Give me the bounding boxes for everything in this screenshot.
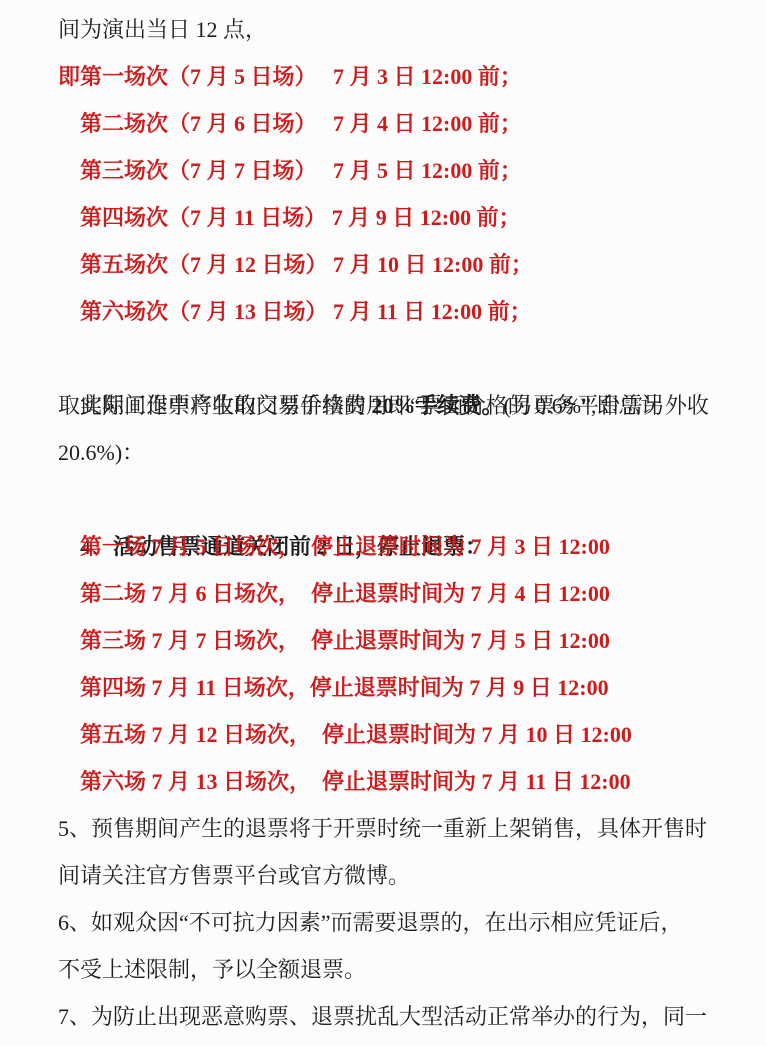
stop-refund-line-4: 第四场 7 月 11 日场次，停止退票时间为 7 月 9 日 12:00 [58,664,724,711]
stop-refund-line-3: 第三场 7 月 7 日场次， 停止退票时间为 7 月 5 日 12:00 [58,617,724,664]
refund-deadline-line-5: 第五场次（7 月 12 日场） 7 月 10 日 12:00 前； [58,241,724,288]
fee-paragraph-line-3: 20.6%)： [58,429,724,476]
stop-refund-line-2: 第二场 7 月 6 日场次， 停止退票时间为 7 月 4 日 12:00 [58,570,724,617]
fee-paragraph-line-2: 取实际工作中产生的交易手续费用即“票面价格的 0.6%”,即总计 [58,382,724,429]
intro-line: 间为演出当日 12 点， [58,6,724,53]
section4-heading: 4、活动售票通道关闭前 2 日，停止退票： [58,476,724,523]
refund-deadline-line-4: 第四场次（7 月 11 日场） 7 月 9 日 12:00 前； [58,194,724,241]
refund-deadline-line-2: 第二场次（7 月 6 日场） 7 月 4 日 12:00 前； [58,100,724,147]
refund-deadline-line-1: 即第一场次（7 月 5 日场） 7 月 3 日 12:00 前； [58,53,724,100]
stop-refund-line-5: 第五场 7 月 12 日场次， 停止退票时间为 7 月 10 日 12:00 [58,711,724,758]
item5-line-2: 间请关注官方售票平台或官方微博。 [58,852,724,899]
refund-deadline-line-6: 第六场次（7 月 13 日场） 7 月 11 日 12:00 前； [58,288,724,335]
fee-paragraph-line-1: 此期间退票将收取门票价格的 20%手续费。(另票务平台需另外收 [58,335,724,382]
item7-line-1: 7、为防止出现恶意购票、退票扰乱大型活动正常举办的行为，同一 [58,993,724,1040]
item6-line-2: 不受上述限制，予以全额退票。 [58,946,724,993]
refund-deadline-line-3: 第三场次（7 月 7 日场） 7 月 5 日 12:00 前； [58,147,724,194]
stop-refund-line-6: 第六场 7 月 13 日场次， 停止退票时间为 7 月 11 日 12:00 [58,758,724,805]
item6-line-1: 6、如观众因“不可抗力因素”而需要退票的，在出示相应凭证后， [58,899,724,946]
stop-refund-line-1: 第一场 7 月 5 日场次， 停止退票时间为 7 月 3 日 12:00 [58,523,724,570]
item5-line-1: 5、预售期间产生的退票将于开票时统一重新上架销售，具体开售时 [58,805,724,852]
document-page: 间为演出当日 12 点， 即第一场次（7 月 5 日场） 7 月 3 日 12:… [0,0,766,1046]
